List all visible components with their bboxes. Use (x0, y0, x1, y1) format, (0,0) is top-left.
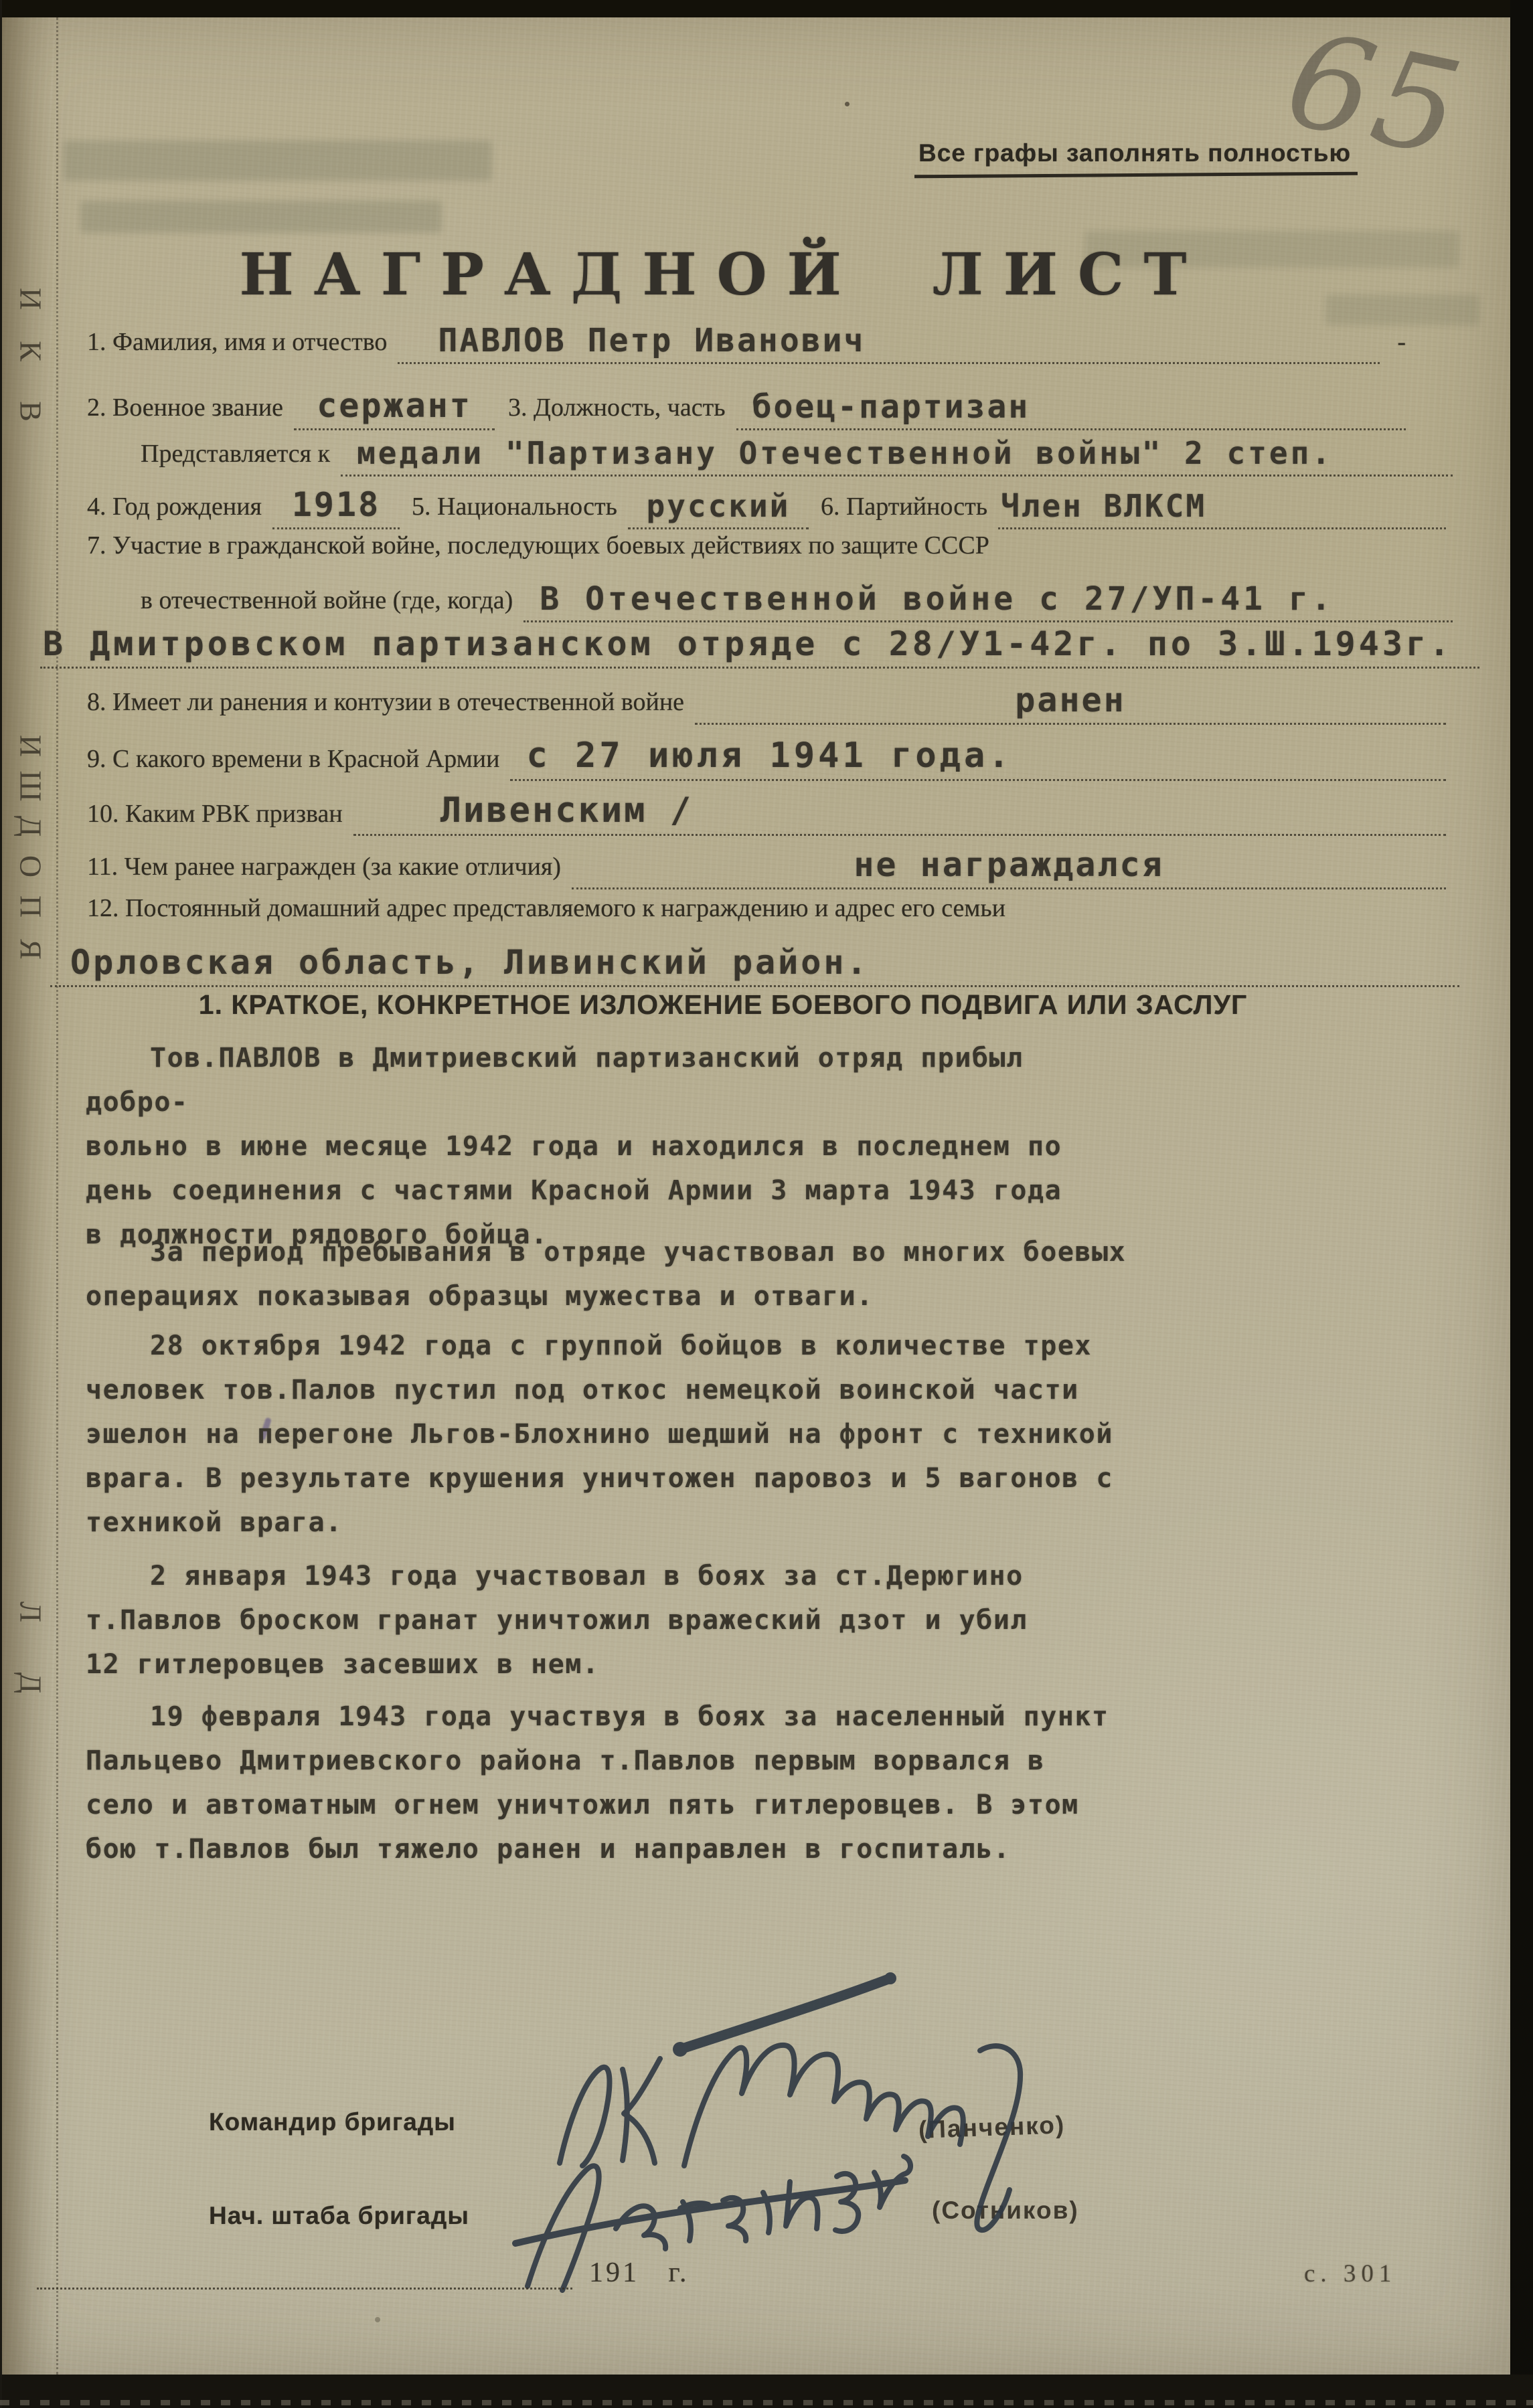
binding-margin-letter: О (13, 851, 49, 883)
feat-paragraph-1: Тов.ПАВЛОВ в Дмитриевский партизанский о… (86, 1036, 1130, 1257)
field-participation-label-1: 7. Участие в гражданской войне, последую… (87, 530, 989, 562)
film-edge-perforation (0, 2400, 1533, 2405)
form-row-7-line3: В Дмитровском партизанском отряде с 28/У… (40, 617, 1479, 663)
field-presented-label: Представляется к (141, 438, 341, 470)
binding-margin-letter: Д (13, 1667, 49, 1699)
form-row-7-line2: в отечественной войне (где, когда) В Оте… (141, 573, 1453, 616)
fill-instruction-note: Все графы заполнять полностью (918, 139, 1351, 167)
page-spine-shadow (0, 17, 52, 2375)
binding-margin-letter: И (13, 730, 49, 762)
form-row-7-line1: 7. Участие в гражданской войне, последую… (87, 530, 1446, 562)
field-party-value: Член ВЛКСМ (998, 487, 1446, 529)
field-participation-value-1: В Отечественной войне с 27/УП-41 г. (523, 579, 1453, 622)
feat-paragraph-2: За период пребывания в отряде участвовал… (86, 1230, 1130, 1318)
field-army-since-label: 9. С какого времени в Красной Армии (87, 744, 510, 776)
form-row-8: 8. Имеет ли ранения и контузии в отечест… (87, 673, 1446, 719)
form-row-presented: Представляется к медали "Партизану Отече… (141, 428, 1453, 470)
field-nationality-label: 5. Национальность (400, 491, 628, 523)
binding-margin-letter: Я (13, 934, 49, 966)
field-wounds-value: ранен (695, 679, 1446, 725)
field-rvk-value: Ливенским / (353, 789, 1446, 836)
form-row-4-5-6: 4. Год рождения 1918 5. Национальность р… (87, 478, 1446, 523)
bleed-through-smudge (64, 141, 492, 181)
film-border-right (1510, 0, 1533, 2408)
document-title: НАГРАДНОЙ ЛИСТ (0, 241, 1446, 309)
field-army-since-value: с 27 июля 1941 года. (510, 734, 1446, 781)
paper-speck (845, 102, 850, 106)
commander-name: (Панченко) (918, 2111, 1066, 2144)
feat-section-heading: 1. КРАТКОЕ, КОНКРЕТНОЕ ИЗЛОЖЕНИЕ БОЕВОГО… (174, 989, 1272, 1021)
form-row-1: 1. Фамилия, имя и отчество ПАВЛОВ Петр И… (87, 315, 1406, 358)
form-row-11: 11. Чем ранее награжден (за какие отличи… (87, 838, 1446, 883)
bleed-through-smudge (80, 201, 442, 233)
field-nationality-value: русский (628, 487, 809, 529)
field-participation-value-2: В Дмитровском партизанском отряде с 28/У… (40, 623, 1479, 669)
field-prev-awards-value: не награждался (572, 844, 1446, 889)
binding-margin-letter: В (13, 396, 49, 428)
field-address-value: Орловская область, Ливинский район. (50, 942, 1459, 987)
binding-margin-letter: К (13, 335, 49, 367)
field-rank-label: 2. Военное звание (87, 392, 294, 424)
form-row-2-3: 2. Военное звание сержант 3. Должность, … (87, 379, 1406, 424)
form-row-10: 10. Каким РВК призван Ливенским / (87, 783, 1446, 830)
binding-margin-letter: Л (13, 1596, 49, 1628)
field-party-label: 6. Партийность (809, 491, 998, 523)
binding-margin-letter: П (13, 891, 49, 923)
field-prev-awards-label: 11. Чем ранее награжден (за какие отличи… (87, 851, 572, 883)
commander-title-label: Командир бригады (209, 2108, 456, 2136)
chief-title-label: Нач. штаба бригады (209, 2202, 469, 2230)
field-rvk-label: 10. Каким РВК призван (87, 798, 353, 831)
field-address-label: 12. Постоянный домашний адрес представля… (87, 893, 1005, 925)
field-name-dash: - (1380, 327, 1406, 359)
field-rank-value: сержант (294, 385, 495, 430)
form-row-12-value: Орловская область, Ливинский район. (50, 936, 1459, 981)
film-border-left (0, 0, 2, 2408)
film-border-top (0, 0, 1533, 17)
chief-name: (Сотников) (932, 2197, 1079, 2225)
form-row-9: 9. С какого времени в Красной Армии с 27… (87, 728, 1446, 775)
field-participation-label-2: в отечественной войне (где, когда) (141, 585, 523, 617)
feat-paragraph-5: 19 февраля 1943 года участвуя в боях за … (86, 1695, 1130, 1871)
footer-date-text: 191 г. (589, 2257, 690, 2289)
archive-stamp: с. 301 (1304, 2259, 1396, 2288)
field-birthyear-value: 1918 (272, 484, 400, 529)
binding-margin-letter: Д (13, 810, 49, 843)
field-position-value: боец-партизан (736, 387, 1406, 430)
feat-paragraph-4: 2 января 1943 года участвовал в боях за … (86, 1554, 1130, 1687)
field-position-label: 3. Должность, часть (495, 392, 736, 424)
feat-paragraph-3: 28 октября 1942 года с группой бойцов в … (86, 1324, 1130, 1545)
binding-margin-letter: Ш (13, 770, 49, 802)
form-row-12: 12. Постоянный домашний адрес представля… (87, 893, 1446, 925)
paper-speck (375, 2317, 380, 2322)
field-presented-value: медали "Партизану Отечественной войны" 2… (341, 434, 1453, 477)
binding-perforation-line (56, 17, 58, 2375)
field-birthyear-label: 4. Год рождения (87, 491, 272, 523)
field-name-value: ПАВЛОВ Петр Иванович (398, 321, 1380, 364)
footer-date-line (37, 2288, 572, 2290)
field-wounds-label: 8. Имеет ли ранения и контузии в отечест… (87, 687, 695, 719)
field-name-label: 1. Фамилия, имя и отчество (87, 327, 398, 359)
